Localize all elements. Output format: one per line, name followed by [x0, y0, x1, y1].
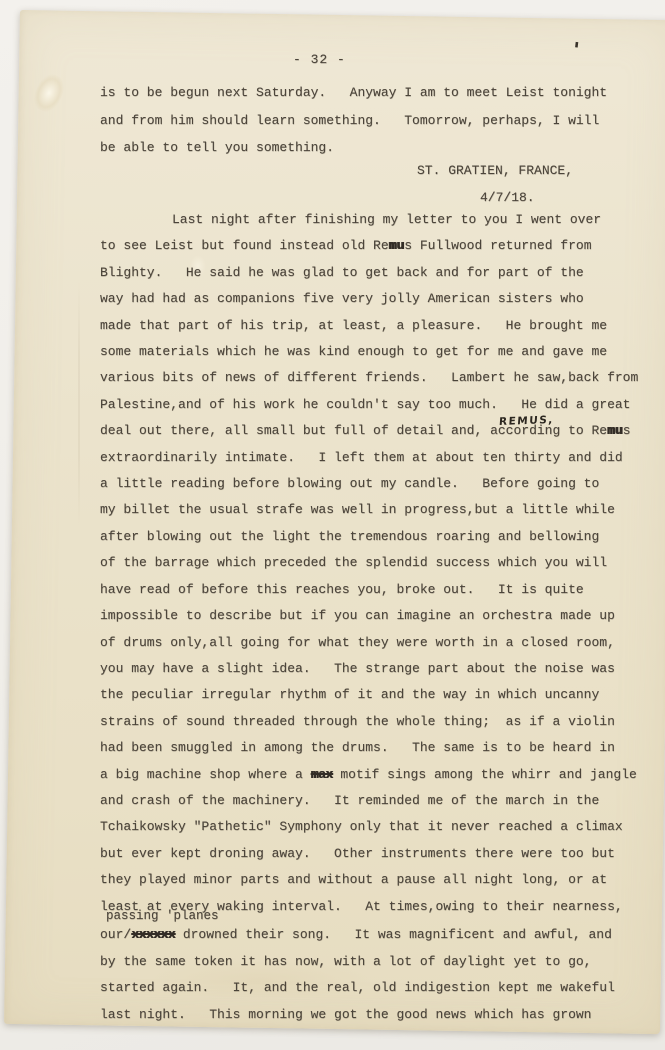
- letter-line: the peculiar irregular rhythm of it and …: [100, 682, 638, 708]
- letter-line: but ever kept droning away. Other instru…: [100, 841, 638, 867]
- letter-page: - 32 - ▮ is to be begun next Saturday. A…: [0, 0, 665, 1050]
- ink-mark: ▮: [573, 40, 579, 51]
- paper-blemish: [29, 70, 69, 115]
- letter-line: you may have a slight idea. The strange …: [100, 656, 638, 682]
- letter-line: have read of before this reaches you, br…: [100, 577, 638, 603]
- dateline-place: ST. GRATIEN, FRANCE,: [417, 163, 573, 178]
- letter-line: of the barrage which preceded the splend…: [100, 550, 638, 576]
- interline-insertion: passing 'planes: [106, 909, 219, 923]
- letter-line: they played minor parts and without a pa…: [100, 867, 638, 893]
- overtyped-correction: mu: [389, 238, 405, 253]
- letter-line: Blighty. He said he was glad to get back…: [100, 260, 638, 286]
- dateline-date: 4/7/18.: [480, 190, 535, 205]
- opening-paragraph: is to be begun next Saturday. Anyway I a…: [100, 79, 607, 162]
- letter-line: by the same token it has now, with a lot…: [100, 949, 615, 976]
- letter-line: extraordinarily intimate. I left them at…: [100, 445, 638, 471]
- line-text: drowned their song. It was magnificent a…: [175, 927, 612, 942]
- page-number: - 32 -: [293, 52, 346, 67]
- letter-line: various bits of news of different friend…: [100, 365, 638, 391]
- line-text: motif sings among the whirr and jangle: [333, 767, 637, 782]
- letter-line: after blowing out the light the tremendo…: [100, 524, 638, 550]
- line-text: to see Leist but found instead old Re: [100, 238, 389, 253]
- closing-paragraph: our/xxxxxx drowned their song. It was ma…: [100, 922, 615, 1028]
- line-text: our/: [100, 927, 131, 942]
- letter-line: be able to tell you something.: [100, 134, 607, 162]
- letter-line: strains of sound threaded through the wh…: [100, 709, 638, 735]
- handwritten-annotation-remus: REMUS,: [499, 414, 555, 428]
- letter-line: last night. This morning we got the good…: [100, 1002, 615, 1029]
- letter-line: impossible to describe but if you can im…: [100, 603, 638, 629]
- line-text: s Fullwood returned from: [404, 238, 591, 253]
- line-text: s: [623, 423, 631, 438]
- letter-line: some materials which he was kind enough …: [100, 339, 638, 365]
- letter-line: our/xxxxxx drowned their song. It was ma…: [100, 922, 615, 949]
- letter-line: to see Leist but found instead old Remus…: [100, 233, 638, 259]
- letter-line: Last night after finishing my letter to …: [100, 207, 638, 233]
- letter-line: Tchaikowsky "Pathetic" Symphony only tha…: [100, 814, 638, 840]
- letter-line: started again. It, and the real, old ind…: [100, 975, 615, 1002]
- letter-line: Palestine,and of his work he couldn't sa…: [100, 392, 638, 418]
- letter-line: way had had as companions five very joll…: [100, 286, 638, 312]
- line-text: a big machine shop where a: [100, 767, 311, 782]
- letter-line: and from him should learn something. Tom…: [100, 107, 607, 135]
- letter-line: my billet the usual strafe was well in p…: [100, 497, 638, 523]
- letter-line: and crash of the machinery. It reminded …: [100, 788, 638, 814]
- letter-line: deal out there, all small but full of de…: [100, 418, 638, 444]
- letter-line: a little reading before blowing out my c…: [100, 471, 638, 497]
- paper-crease: [78, 280, 80, 530]
- overtyped-correction: mu: [607, 423, 623, 438]
- letter-line: made that part of his trip, at least, a …: [100, 313, 638, 339]
- letter-body: Last night after finishing my letter to …: [100, 207, 638, 920]
- letter-line: of drums only,all going for what they we…: [100, 630, 638, 656]
- letter-line: had been smuggled in among the drums. Th…: [100, 735, 638, 761]
- letter-line: a big machine shop where a max motif sin…: [100, 762, 638, 788]
- letter-line: is to be begun next Saturday. Anyway I a…: [100, 79, 607, 107]
- struck-out-word: max: [311, 767, 333, 782]
- struck-out-word: xxxxxx: [131, 927, 175, 942]
